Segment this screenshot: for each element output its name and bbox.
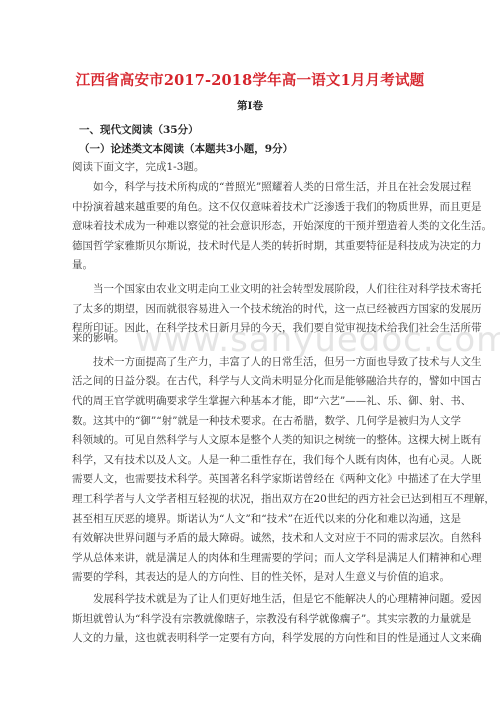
paragraph-line: 意味着技术成为一种难以察觉的社会意识形态，开始深度的干预并塑造着人类的文化生活。 (72, 219, 434, 233)
paragraph-line: 中扮演着越来越重要的角色。这不仅仅意味着技术广泛渗透于我们的物质世界，而且更是 (72, 200, 434, 214)
section-heading: 一、现代文阅读（35分） (79, 122, 199, 137)
volume-heading: 第Ⅰ卷 (0, 98, 500, 113)
paragraph-line: 甚至相互厌恶的境界。斯诺认为“人文”和“技术”在近代以来的分化和难以沟通，这是 (72, 512, 434, 526)
paragraph-line: 需要人文，也需要技术科学。英国著名科学家斯诺曾经在《两种文化》中描述了在大学里 (72, 472, 434, 486)
paragraph-line: 需要的学科，其表达的是人的方向性、目的性关怀，是对人生意义与价值的追求。 (72, 570, 450, 584)
paragraph-line: 代的周王官学就明确要求学生掌握六种基本才能，即“六艺”——礼、乐、御、射、书、 (72, 394, 434, 408)
paragraph-line: 来的影响。 (72, 331, 125, 345)
paragraph-line: 科领域的。可见自然科学与人文原本是整个人类的知识之树统一的整体。这棵大树上既有 (72, 433, 434, 447)
paragraph-line: 斯坦就曾认为“科学没有宗教就像瞎子，宗教没有科学就像瘸子”。其实宗教的力量就是 (72, 612, 434, 626)
paragraph-line: 人文的力量，这也就表明科学一定要有方向，科学发展的方向性和目的性是通过人文来确 (72, 631, 434, 645)
paragraph-line: 德国哲学家雅斯贝尔斯说，技术时代是人类的转折时期，其重要特征是科技成为决定的力 (72, 239, 434, 253)
paragraph-line: 发展科学技术就是为了让人们更好地生活，但是它不能解决人的心理精神问题。爱因 (93, 592, 434, 606)
paragraph-line: 了太多的期望，因而就很容易进入一个技术统治的时代，这一点已经被西方国家的发展历 (72, 302, 434, 316)
paragraph-line: 理工科学者与人文学者相互轻视的状况，指出双方在20世纪的西方社会已达到相互不理解… (72, 492, 434, 506)
paragraph-line: 学从总体来讲，就是满足人的肉体和生理需要的学问；而人文学科是满足人们精神和心理 (72, 551, 434, 565)
document-title: 江西省高安市2017-2018学年高一语文1月月考试题 (0, 69, 500, 90)
paragraph-line: 当一个国家由农业文明走向工业文明的社会转型发展阶段，人们往往对科学技术寄托 (93, 282, 434, 296)
paragraph-line: 程所印证。因此，在科学技术日新月异的今天，我们要自觉审视技术给我们社会生活所带 (72, 321, 434, 335)
paragraph-line: 技术一方面提高了生产力，丰富了人的日常生活，但另一方面也导致了技术与人文生 (93, 355, 434, 369)
paragraph-line: 科学，又有技术以及人文。人是一种二重性存在，我们每个人既有肉体，也有心灵。人既 (72, 453, 434, 467)
paragraph-line: 活之间的日益分裂。在古代，科学与人文尚未明显分化而是能够融洽共存的，譬如中国古 (72, 374, 434, 388)
paragraph-line: 如今，科学与技术所构成的“普照光”照耀着人类的日常生活，并且在社会发展过程 (93, 180, 434, 194)
paragraph-line: 数。这其中的“御”“射”就是一种技术要求。在古希腊，数学、几何学是被归为人文学 (72, 414, 434, 428)
document-page: 江西省高安市2017-2018学年高一语文1月月考试题 第Ⅰ卷 一、现代文阅读（… (0, 0, 500, 708)
paragraph-line: 量。 (72, 258, 93, 272)
subsection-heading: （一）论述类文本阅读（本题共3小题，9分） (79, 141, 293, 156)
paragraph-line: 有效解决世界问题与矛盾的最大障碍。诚然，技术和人文对应于不同的需求层次。自然科 (72, 531, 434, 545)
instruction-text: 阅读下面文字，完成1-3题。 (72, 160, 204, 174)
